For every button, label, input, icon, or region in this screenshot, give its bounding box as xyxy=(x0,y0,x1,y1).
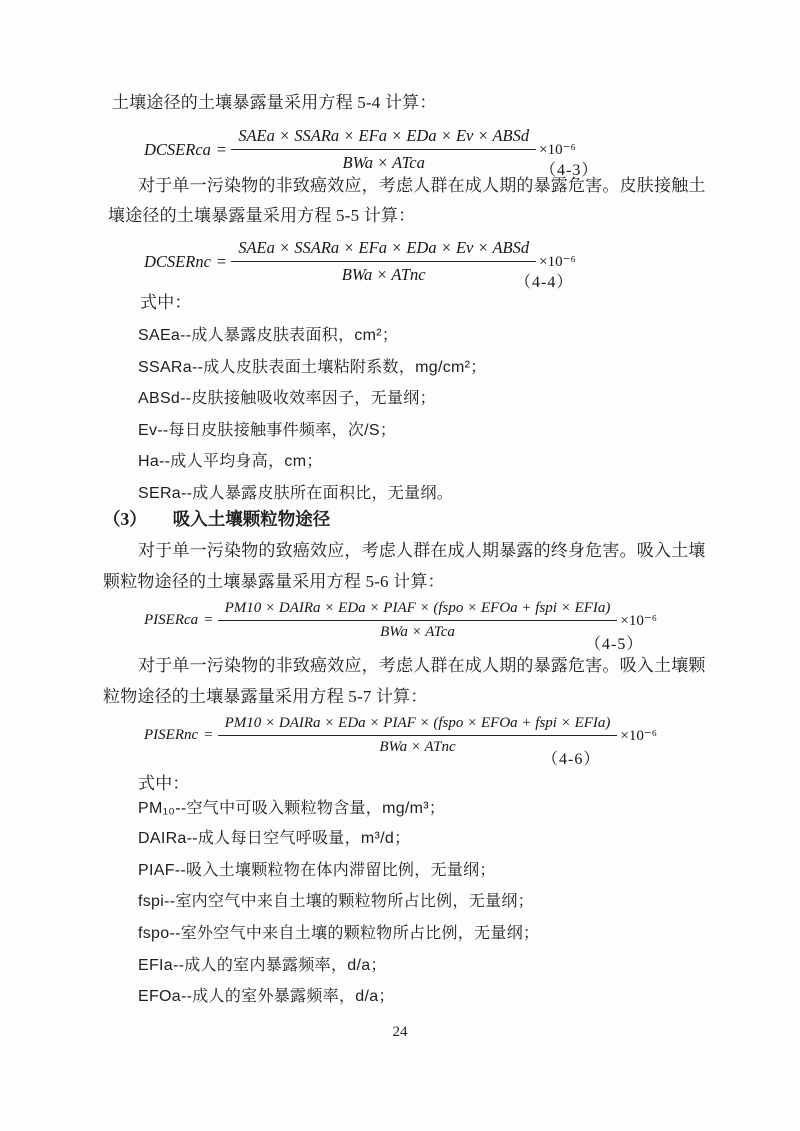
paragraph-line: 对于单一污染物的致癌效应，考虑人群在成人期暴露的终身危害。吸入土壤 xyxy=(138,541,706,561)
parameter-definition: PM₁₀--空气中可吸入颗粒物含量，mg/m³； xyxy=(138,799,445,819)
parameter-definition: Ha--成人平均身高，cm； xyxy=(138,452,323,472)
denominator: BWa × ATca xyxy=(380,621,455,641)
section-heading: （3）吸入土壤颗粒物途径 xyxy=(103,509,330,529)
body-line-shizhong: 式中： xyxy=(140,293,192,313)
parameter-definition: SSARa--成人皮肤表面土壤粘附系数，mg/cm²； xyxy=(138,358,487,378)
body-line-shizhong: 式中： xyxy=(138,774,190,794)
parameter-definition: SERa--成人暴露皮肤所在面积比，无量纲。 xyxy=(138,484,453,504)
formula-lhs: PISERca xyxy=(144,612,198,629)
paragraph-line: 对于单一污染物的非致癌效应，考虑人群在成人期的暴露危害。皮肤接触土 xyxy=(138,176,706,196)
denominator: BWa × ATca xyxy=(342,150,424,173)
document-page: 土壤途径的土壤暴露量采用方程 5-4 计算： DCSERca = SAEa × … xyxy=(0,0,800,1131)
fraction: PM10 × DAIRa × EDa × PIAF × (fspo × EFOa… xyxy=(218,600,618,641)
fraction: SAEa × SSARa × EFa × EDa × Ev × ABSd BWa… xyxy=(231,238,536,285)
equals-sign: = xyxy=(204,727,212,744)
parameter-definition: fspo--室外空气中来自土壤的颗粒物所占比例，无量纲； xyxy=(138,924,539,944)
section-title: 吸入土壤颗粒物途径 xyxy=(173,509,331,529)
parameter-definition: EFOa--成人的室外暴露频率，d/a； xyxy=(138,987,395,1007)
equation-number: （4-4） xyxy=(515,269,573,292)
multiplier: ×10⁻⁶ xyxy=(620,611,657,630)
formula-lhs: DCSERca xyxy=(144,140,211,160)
paragraph-line: 壤途径的土壤暴露量采用方程 5-5 计算： xyxy=(108,206,415,226)
equals-sign: = xyxy=(217,252,226,272)
formula-4-3: DCSERca = SAEa × SSARa × EFa × EDa × Ev … xyxy=(0,126,800,173)
formula-lhs: PISERnc xyxy=(144,727,198,744)
parameter-definition: PIAF--吸入土壤颗粒物在体内滞留比例，无量纲； xyxy=(138,861,496,881)
denominator: BWa × ATnc xyxy=(379,736,455,756)
parameter-definition: fspi--室内空气中来自土壤的颗粒物所占比例，无量纲； xyxy=(138,892,534,912)
section-number: （3） xyxy=(103,509,147,529)
numerator: PM10 × DAIRa × EDa × PIAF × (fspo × EFOa… xyxy=(218,600,618,621)
parameter-definition: ABSd--皮肤接触吸收效率因子，无量纲； xyxy=(138,389,436,409)
parameter-definition: EFIa--成人的室内暴露频率，d/a； xyxy=(138,956,387,976)
equals-sign: = xyxy=(217,140,226,160)
formula-4-4: DCSERnc = SAEa × SSARa × EFa × EDa × Ev … xyxy=(0,238,800,285)
fraction: SAEa × SSARa × EFa × EDa × Ev × ABSd BWa… xyxy=(231,126,536,173)
numerator: SAEa × SSARa × EFa × EDa × Ev × ABSd xyxy=(231,126,536,150)
formula-lhs: DCSERnc xyxy=(144,252,211,272)
paragraph-line: 粒物途径的土壤暴露量采用方程 5-7 计算： xyxy=(103,687,428,707)
formula-4-6: PISERnc = PM10 × DAIRa × EDa × PIAF × (f… xyxy=(0,715,800,756)
equation-number: （4-5） xyxy=(585,631,643,654)
parameter-definition: SAEa--成人暴露皮肤表面积，cm²； xyxy=(138,326,398,346)
equals-sign: = xyxy=(204,612,212,629)
paragraph-line: 对于单一污染物的非致癌效应，考虑人群在成人期的暴露危害。吸入土壤颗 xyxy=(138,656,706,676)
body-line-intro: 土壤途径的土壤暴露量采用方程 5-4 计算： xyxy=(112,93,437,113)
equation-number: （4-6） xyxy=(542,746,600,769)
page-number: 24 xyxy=(0,1024,800,1041)
numerator: SAEa × SSARa × EFa × EDa × Ev × ABSd xyxy=(231,238,536,262)
numerator: PM10 × DAIRa × EDa × PIAF × (fspo × EFOa… xyxy=(218,715,618,736)
parameter-definition: Ev--每日皮肤接触事件频率，次/S； xyxy=(138,421,396,441)
denominator: BWa × ATnc xyxy=(342,262,426,285)
formula-4-5: PISERca = PM10 × DAIRa × EDa × PIAF × (f… xyxy=(0,600,800,641)
multiplier: ×10⁻⁶ xyxy=(620,726,657,745)
parameter-definition: DAIRa--成人每日空气呼吸量，m³/d； xyxy=(138,829,410,849)
paragraph-line: 颗粒物途径的土壤暴露量采用方程 5-6 计算： xyxy=(103,572,445,592)
